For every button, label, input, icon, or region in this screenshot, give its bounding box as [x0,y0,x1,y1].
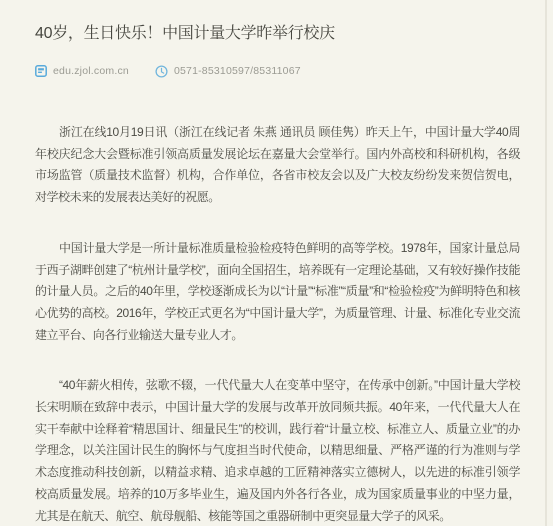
article-paragraph: 浙江在线10月19日讯（浙江在线记者 朱燕 通讯员 顾佳隽）昨天上午，中国计量大… [35,122,520,209]
article-paragraph: “40年薪火相传，弦歌不辍，一代代量大人在变革中坚守，在传承中创新。”中国计量大… [35,375,520,526]
article-page: 40岁，生日快乐！中国计量大学昨举行校庆 edu.zjol.com.cn 057… [0,0,553,526]
clock-icon [155,65,168,78]
phone-number: 0571-85310597/85311067 [174,65,301,77]
phone-item: 0571-85310597/85311067 [155,65,301,78]
article-body: 浙江在线10月19日讯（浙江在线记者 朱燕 通讯员 顾佳隽）昨天上午，中国计量大… [35,122,520,526]
article-meta: edu.zjol.com.cn 0571-85310597/85311067 [35,64,520,78]
page-title: 40岁，生日快乐！中国计量大学昨举行校庆 [35,22,520,46]
page-edge-divider [545,0,547,526]
source-label: edu.zjol.com.cn [53,65,129,77]
source-item: edu.zjol.com.cn [35,65,129,77]
news-site-icon [35,65,47,77]
article-paragraph: 中国计量大学是一所计量标准质量检验检疫特色鲜明的高等学校。1978年，国家计量总… [35,238,520,347]
